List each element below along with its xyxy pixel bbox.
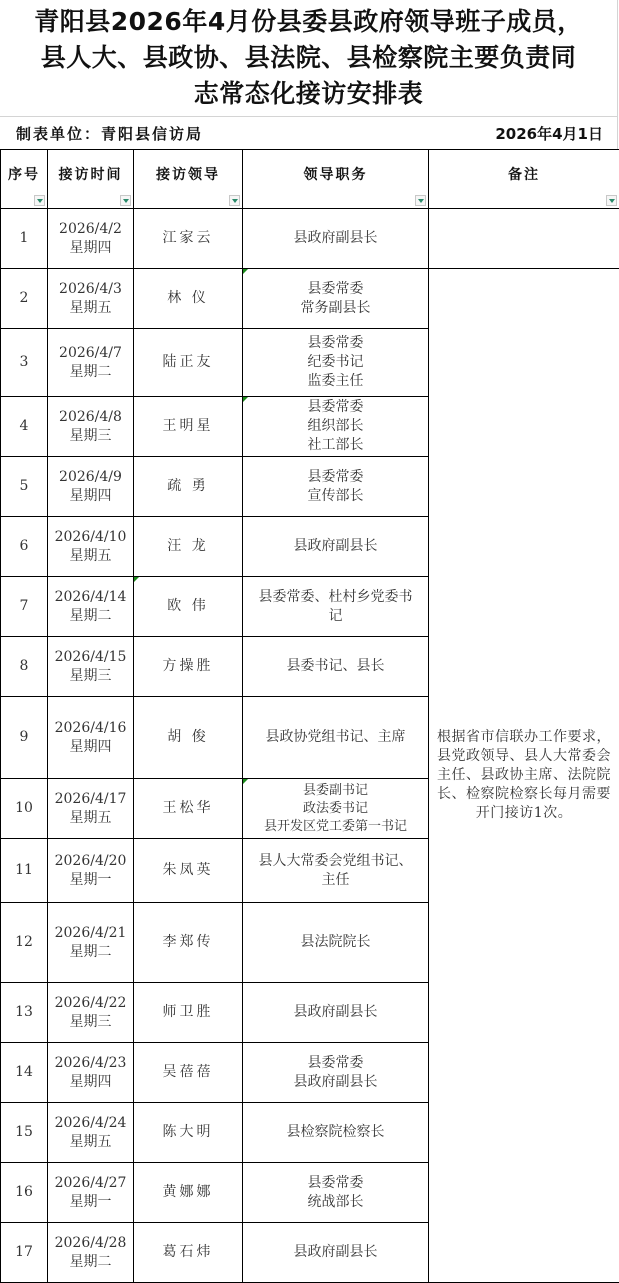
filter-dropdown-icon[interactable] bbox=[120, 195, 131, 206]
issue-date: 2026年4月1日 bbox=[495, 123, 617, 144]
cell-leader[interactable]: 师卫胜 bbox=[134, 983, 243, 1043]
cell-no[interactable]: 5 bbox=[1, 457, 48, 517]
cell-position[interactable]: 县委书记、县长 bbox=[243, 637, 429, 697]
cell-position[interactable]: 县政府副县长 bbox=[243, 1223, 429, 1283]
position-line: 县委常委 bbox=[243, 280, 428, 299]
cell-date[interactable]: 2026/4/17星期五 bbox=[48, 779, 134, 839]
position-line: 纪委书记 bbox=[243, 353, 428, 372]
header-label: 接访时间 bbox=[48, 166, 133, 185]
filter-dropdown-icon[interactable] bbox=[34, 195, 45, 206]
header-label: 序号 bbox=[1, 166, 47, 185]
position-line: 县政府副县长 bbox=[243, 1243, 428, 1262]
cell-date[interactable]: 2026/4/23星期四 bbox=[48, 1043, 134, 1103]
header-date: 接访时间 bbox=[48, 150, 134, 209]
filter-dropdown-icon[interactable] bbox=[415, 195, 426, 206]
cell-no[interactable]: 14 bbox=[1, 1043, 48, 1103]
issuer-label: 制表单位：青阳县信访局 bbox=[0, 123, 203, 144]
cell-date[interactable]: 2026/4/3星期五 bbox=[48, 269, 134, 329]
cell-position[interactable]: 县委常委统战部长 bbox=[243, 1163, 429, 1223]
weekday-text: 星期五 bbox=[48, 809, 133, 828]
cell-remark[interactable]: 根据省市信联办工作要求，县党政领导、县人大常委会主任、县政协主席、法院院长、检察… bbox=[429, 269, 619, 1283]
weekday-text: 星期五 bbox=[48, 299, 133, 318]
weekday-text: 星期四 bbox=[48, 239, 133, 258]
position-line: 组织部长 bbox=[243, 417, 428, 436]
table-row: 1 2026/4/2星期四 江家云 县政府副县长 bbox=[1, 209, 619, 269]
weekday-text: 星期二 bbox=[48, 363, 133, 382]
header-remark: 备注 bbox=[429, 150, 619, 209]
header-row: 序号 接访时间 接访领导 领导职务 备注 bbox=[1, 150, 619, 209]
cell-no[interactable]: 17 bbox=[1, 1223, 48, 1283]
cell-no[interactable]: 8 bbox=[1, 637, 48, 697]
cell-leader[interactable]: 黄娜娜 bbox=[134, 1163, 243, 1223]
cell-date[interactable]: 2026/4/16星期四 bbox=[48, 697, 134, 779]
cell-no[interactable]: 12 bbox=[1, 903, 48, 983]
cell-leader[interactable]: 吴蓓蓓 bbox=[134, 1043, 243, 1103]
cell-leader[interactable]: 汪 龙 bbox=[134, 517, 243, 577]
cell-date[interactable]: 2026/4/8星期三 bbox=[48, 397, 134, 457]
cell-date[interactable]: 2026/4/2星期四 bbox=[48, 209, 134, 269]
position-line: 县政协党组书记、主席 bbox=[243, 728, 428, 747]
position-line: 宣传部长 bbox=[243, 487, 428, 506]
cell-no[interactable]: 13 bbox=[1, 983, 48, 1043]
position-line: 县委常委、杜村乡党委书 bbox=[243, 588, 428, 607]
cell-no[interactable]: 15 bbox=[1, 1103, 48, 1163]
cell-position[interactable]: 县委常委宣传部长 bbox=[243, 457, 429, 517]
position-line: 县政府副县长 bbox=[243, 229, 428, 248]
cell-leader[interactable]: 朱凤英 bbox=[134, 839, 243, 903]
position-line: 县法院院长 bbox=[243, 933, 428, 952]
cell-date[interactable]: 2026/4/14星期二 bbox=[48, 577, 134, 637]
header-no: 序号 bbox=[1, 150, 48, 209]
header-label: 接访领导 bbox=[134, 166, 242, 185]
cell-leader[interactable]: 林 仪 bbox=[134, 269, 243, 329]
position-line: 主任 bbox=[243, 871, 428, 890]
cell-remark-empty[interactable] bbox=[429, 209, 619, 269]
cell-position[interactable]: 县委副书记政法委书记县开发区党工委第一书记 bbox=[243, 779, 429, 839]
position-line: 县委常委 bbox=[243, 468, 428, 487]
header-position: 领导职务 bbox=[243, 150, 429, 209]
cell-position[interactable]: 县委常委组织部长社工部长 bbox=[243, 397, 429, 457]
cell-date[interactable]: 2026/4/20星期一 bbox=[48, 839, 134, 903]
weekday-text: 星期四 bbox=[48, 738, 133, 757]
date-text: 2026/4/23 bbox=[48, 1054, 133, 1073]
cell-date[interactable]: 2026/4/28星期二 bbox=[48, 1223, 134, 1283]
date-text: 2026/4/20 bbox=[48, 852, 133, 871]
date-text: 2026/4/10 bbox=[48, 528, 133, 547]
position-line: 记 bbox=[243, 607, 428, 626]
cell-date[interactable]: 2026/4/27星期一 bbox=[48, 1163, 134, 1223]
position-line: 县委副书记 bbox=[243, 782, 428, 800]
cell-position[interactable]: 县政府副县长 bbox=[243, 983, 429, 1043]
cell-position[interactable]: 县政协党组书记、主席 bbox=[243, 697, 429, 779]
cell-leader[interactable]: 李郑传 bbox=[134, 903, 243, 983]
filter-dropdown-icon[interactable] bbox=[606, 195, 617, 206]
weekday-text: 星期一 bbox=[48, 871, 133, 890]
cell-position[interactable]: 县委常委、杜村乡党委书记 bbox=[243, 577, 429, 637]
schedule-table: 序号 接访时间 接访领导 领导职务 备注 1 2026/4/2星期四 江家云 县… bbox=[0, 149, 619, 1283]
cell-no[interactable]: 9 bbox=[1, 697, 48, 779]
position-line: 县委常委 bbox=[243, 1054, 428, 1073]
leader-name: 欧 伟 bbox=[167, 598, 208, 614]
comment-indicator-icon[interactable] bbox=[243, 779, 248, 784]
title-line-2: 县人大、县政协、县法院、县检察院主要负责同 bbox=[34, 40, 582, 76]
date-text: 2026/4/3 bbox=[48, 280, 133, 299]
position-line: 县政府副县长 bbox=[243, 1073, 428, 1092]
cell-leader[interactable]: 方操胜 bbox=[134, 637, 243, 697]
cell-date[interactable]: 2026/4/21星期二 bbox=[48, 903, 134, 983]
date-text: 2026/4/14 bbox=[48, 588, 133, 607]
cell-leader[interactable]: 欧 伟 bbox=[134, 577, 243, 637]
cell-leader[interactable]: 疏 勇 bbox=[134, 457, 243, 517]
title-block: 青阳县2026年4月份县委县政府领导班子成员， 县人大、县政协、县法院、县检察院… bbox=[0, 0, 618, 117]
position-line: 县开发区党工委第一书记 bbox=[243, 818, 428, 836]
cell-no[interactable]: 16 bbox=[1, 1163, 48, 1223]
weekday-text: 星期五 bbox=[48, 547, 133, 566]
date-text: 2026/4/15 bbox=[48, 648, 133, 667]
date-text: 2026/4/2 bbox=[48, 220, 133, 239]
cell-date[interactable]: 2026/4/10星期五 bbox=[48, 517, 134, 577]
cell-no[interactable]: 1 bbox=[1, 209, 48, 269]
cell-position[interactable]: 县检察院检察长 bbox=[243, 1103, 429, 1163]
weekday-text: 星期五 bbox=[48, 1133, 133, 1152]
cell-no[interactable]: 4 bbox=[1, 397, 48, 457]
weekday-text: 星期二 bbox=[48, 607, 133, 626]
cell-position[interactable]: 县委常委县政府副县长 bbox=[243, 1043, 429, 1103]
date-text: 2026/4/7 bbox=[48, 344, 133, 363]
cell-position[interactable]: 县人大常委会党组书记、主任 bbox=[243, 839, 429, 903]
cell-position[interactable]: 县政府副县长 bbox=[243, 517, 429, 577]
cell-date[interactable]: 2026/4/9星期四 bbox=[48, 457, 134, 517]
issuer-row: 制表单位：青阳县信访局 2026年4月1日 bbox=[0, 117, 618, 149]
position-line: 县政府副县长 bbox=[243, 537, 428, 556]
comment-indicator-icon[interactable] bbox=[134, 577, 139, 582]
title-line-1: 青阳县2026年4月份县委县政府领导班子成员， bbox=[34, 4, 582, 40]
weekday-text: 星期四 bbox=[48, 1073, 133, 1092]
position-line: 县检察院检察长 bbox=[243, 1123, 428, 1142]
date-text: 2026/4/21 bbox=[48, 924, 133, 943]
cell-date[interactable]: 2026/4/15星期三 bbox=[48, 637, 134, 697]
cell-leader[interactable]: 陈大明 bbox=[134, 1103, 243, 1163]
cell-position[interactable]: 县委常委常务副县长 bbox=[243, 269, 429, 329]
position-line: 常务副县长 bbox=[243, 299, 428, 318]
cell-leader[interactable]: 葛石炜 bbox=[134, 1223, 243, 1283]
cell-leader[interactable]: 陆正友 bbox=[134, 329, 243, 397]
position-line: 监委主任 bbox=[243, 372, 428, 391]
position-line: 县委常委 bbox=[243, 334, 428, 353]
cell-no[interactable]: 7 bbox=[1, 577, 48, 637]
comment-indicator-icon[interactable] bbox=[243, 397, 248, 402]
cell-no[interactable]: 11 bbox=[1, 839, 48, 903]
cell-date[interactable]: 2026/4/7星期二 bbox=[48, 329, 134, 397]
position-line: 政法委书记 bbox=[243, 800, 428, 818]
position-line: 县人大常委会党组书记、 bbox=[243, 852, 428, 871]
cell-date[interactable]: 2026/4/22星期三 bbox=[48, 983, 134, 1043]
date-text: 2026/4/9 bbox=[48, 468, 133, 487]
weekday-text: 星期二 bbox=[48, 1253, 133, 1272]
date-text: 2026/4/22 bbox=[48, 994, 133, 1013]
date-text: 2026/4/8 bbox=[48, 408, 133, 427]
position-line: 县委常委 bbox=[243, 1174, 428, 1193]
position-line: 社工部长 bbox=[243, 436, 428, 455]
cell-position[interactable]: 县委常委纪委书记监委主任 bbox=[243, 329, 429, 397]
header-label: 领导职务 bbox=[243, 166, 428, 185]
weekday-text: 星期三 bbox=[48, 667, 133, 686]
position-line: 统战部长 bbox=[243, 1193, 428, 1212]
cell-no[interactable]: 10 bbox=[1, 779, 48, 839]
date-text: 2026/4/28 bbox=[48, 1234, 133, 1253]
date-text: 2026/4/24 bbox=[48, 1114, 133, 1133]
date-text: 2026/4/27 bbox=[48, 1174, 133, 1193]
weekday-text: 星期二 bbox=[48, 943, 133, 962]
weekday-text: 星期四 bbox=[48, 487, 133, 506]
cell-date[interactable]: 2026/4/24星期五 bbox=[48, 1103, 134, 1163]
weekday-text: 星期一 bbox=[48, 1193, 133, 1212]
cell-no[interactable]: 6 bbox=[1, 517, 48, 577]
position-line: 县委书记、县长 bbox=[243, 657, 428, 676]
comment-indicator-icon[interactable] bbox=[243, 269, 248, 274]
header-label: 备注 bbox=[429, 166, 619, 185]
cell-no[interactable]: 2 bbox=[1, 269, 48, 329]
position-line: 县政府副县长 bbox=[243, 1003, 428, 1022]
cell-leader[interactable]: 江家云 bbox=[134, 209, 243, 269]
date-text: 2026/4/17 bbox=[48, 790, 133, 809]
weekday-text: 星期三 bbox=[48, 427, 133, 446]
page-title: 青阳县2026年4月份县委县政府领导班子成员， 县人大、县政协、县法院、县检察院… bbox=[28, 4, 588, 112]
cell-position[interactable]: 县法院院长 bbox=[243, 903, 429, 983]
position-line: 县委常委 bbox=[243, 398, 428, 417]
header-leader: 接访领导 bbox=[134, 150, 243, 209]
title-line-3: 志常态化接访安排表 bbox=[34, 76, 582, 112]
filter-dropdown-icon[interactable] bbox=[229, 195, 240, 206]
cell-no[interactable]: 3 bbox=[1, 329, 48, 397]
cell-leader[interactable]: 王松华 bbox=[134, 779, 243, 839]
cell-leader[interactable]: 胡 俊 bbox=[134, 697, 243, 779]
cell-leader[interactable]: 王明星 bbox=[134, 397, 243, 457]
date-text: 2026/4/16 bbox=[48, 719, 133, 738]
table-row: 2 2026/4/3星期五 林 仪 县委常委常务副县长 根据省市信联办工作要求，… bbox=[1, 269, 619, 329]
weekday-text: 星期三 bbox=[48, 1013, 133, 1032]
cell-position[interactable]: 县政府副县长 bbox=[243, 209, 429, 269]
